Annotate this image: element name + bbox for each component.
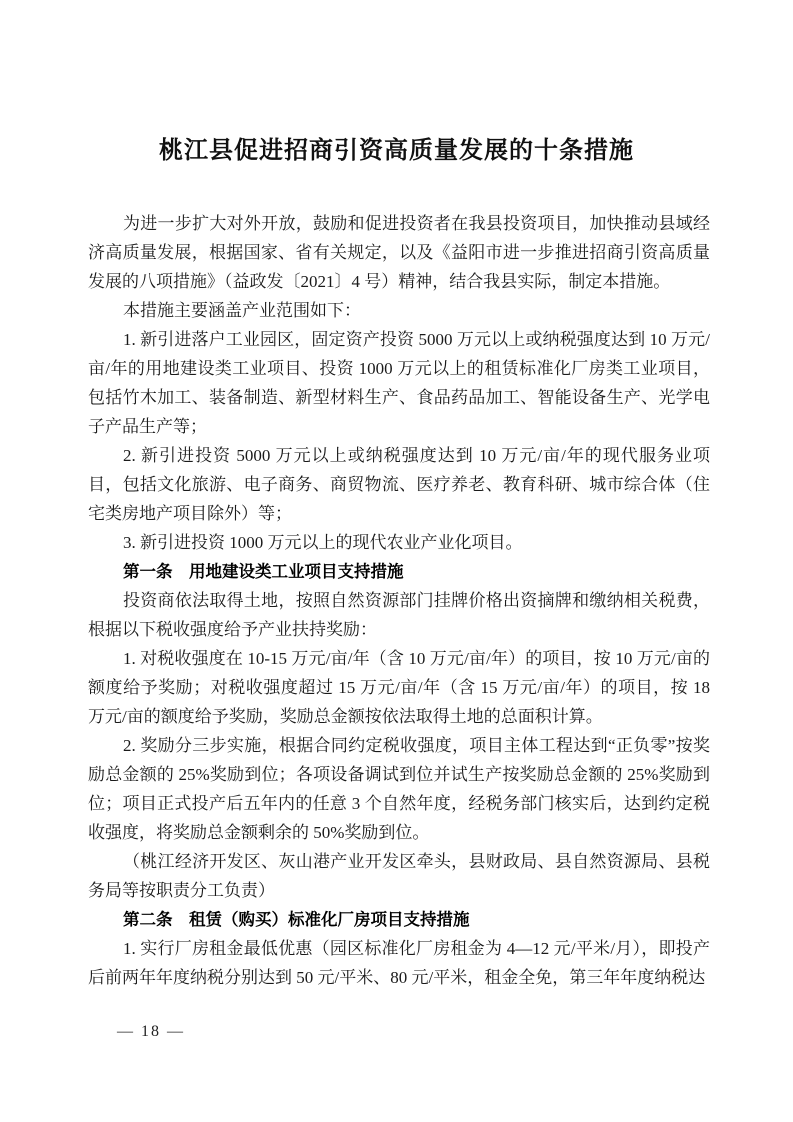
- section-heading-article-1: 第一条 用地建设类工业项目支持措施: [88, 557, 710, 586]
- paragraph-scope-lead: 本措施主要涵盖产业范围如下：: [88, 296, 710, 325]
- document-title: 桃江县促进招商引资高质量发展的十条措施: [0, 130, 793, 165]
- paragraph-article2-item-1: 1. 实行厂房租金最低优惠（园区标准化厂房租金为 4—12 元/平米/月），即投…: [88, 934, 710, 992]
- document-body: 为进一步扩大对外开放，鼓励和促进投资者在我县投资项目，加快推动县域经济高质量发展…: [88, 209, 710, 992]
- paragraph-article1-item-2: 2. 奖励分三步实施，根据合同约定税收强度，项目主体工程达到“正负零”按奖励总金…: [88, 731, 710, 847]
- document-page: 桃江县促进招商引资高质量发展的十条措施 为进一步扩大对外开放，鼓励和促进投资者在…: [0, 0, 793, 1122]
- paragraph-scope-item-1: 1. 新引进落户工业园区，固定资产投资 5000 万元以上或纳税强度达到 10 …: [88, 325, 710, 441]
- paragraph-article1-item-1: 1. 对税收强度在 10-15 万元/亩/年（含 10 万元/亩/年）的项目，按…: [88, 644, 710, 731]
- paragraph-scope-item-2: 2. 新引进投资 5000 万元以上或纳税强度达到 10 万元/亩/年的现代服务…: [88, 441, 710, 528]
- paragraph-article1-responsibility: （桃江经济开发区、灰山港产业开发区牵头，县财政局、县自然资源局、县税务局等按职责…: [88, 847, 710, 905]
- paragraph-intro: 为进一步扩大对外开放，鼓励和促进投资者在我县投资项目，加快推动县域经济高质量发展…: [88, 209, 710, 296]
- paragraph-scope-item-3: 3. 新引进投资 1000 万元以上的现代农业产业化项目。: [88, 528, 710, 557]
- page-number: — 18 —: [117, 1020, 185, 1044]
- paragraph-article1-lead: 投资商依法取得土地，按照自然资源部门挂牌价格出资摘牌和缴纳相关税费，根据以下税收…: [88, 586, 710, 644]
- section-heading-article-2: 第二条 租赁（购买）标准化厂房项目支持措施: [88, 905, 710, 934]
